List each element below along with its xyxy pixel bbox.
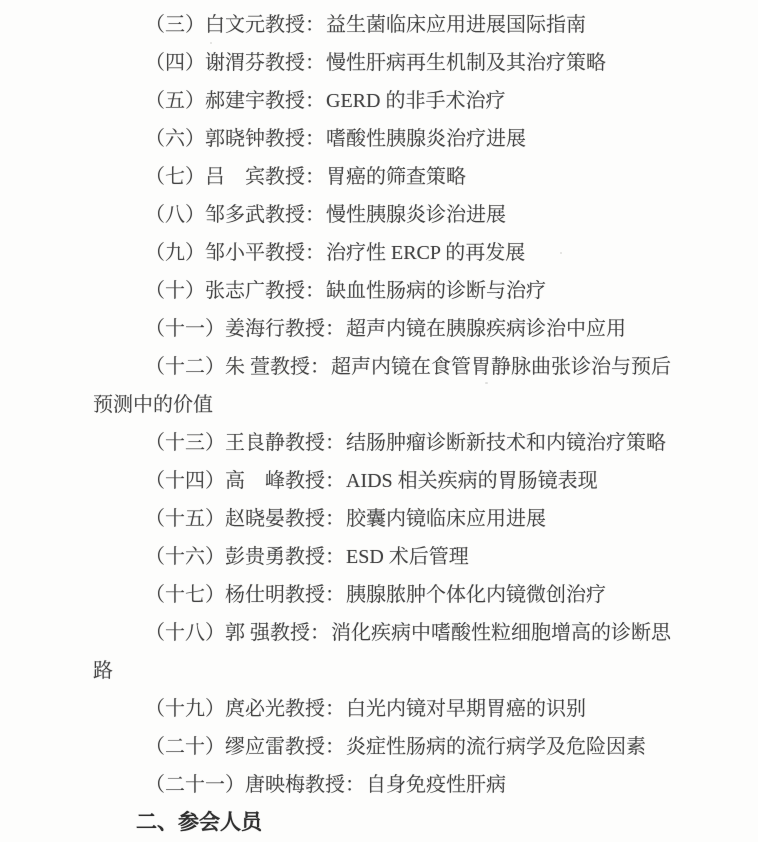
item-label: （七）吕 宾教授：	[145, 166, 325, 188]
item-label: （八）邹多武教授：	[145, 204, 325, 226]
agenda-item: （十七）杨仕明教授：胰腺脓肿个体化内镜微创治疗	[93, 576, 700, 614]
item-topic: GERD 的非手术治疗	[326, 90, 505, 112]
scan-speck	[485, 382, 488, 384]
agenda-item: （十一）姜海行教授：超声内镜在胰腺疾病诊治中应用	[93, 310, 700, 348]
agenda-item: （二十）缪应雷教授：炎症性肠病的流行病学及危险因素	[93, 728, 700, 766]
item-topic: 自身免疫性肝病	[366, 774, 506, 796]
item-topic: 消化疾病中嗜酸性粒细胞增高的诊断思	[331, 622, 671, 644]
agenda-item: （十二）朱 萱教授：超声内镜在食管胃静脉曲张诊治与预后	[93, 348, 700, 386]
item-topic: 胰腺脓肿个体化内镜微创治疗	[346, 584, 606, 606]
item-label: （四）谢渭芬教授：	[145, 52, 325, 74]
item-topic: 胶囊内镜临床应用进展	[346, 508, 546, 530]
item-topic: 炎症性肠病的流行病学及危险因素	[346, 736, 646, 758]
agenda-item: （八）邹多武教授：慢性胰腺炎诊治进展	[93, 196, 700, 234]
item-topic: 胃癌的筛查策略	[326, 166, 466, 188]
item-label: （十六）彭贵勇教授：	[145, 546, 345, 568]
item-topic: 嗜酸性胰腺炎治疗进展	[326, 128, 526, 150]
item-label: （十九）庹必光教授：	[145, 698, 345, 720]
scan-speck	[560, 252, 562, 254]
section-heading: 二、参会人员	[93, 804, 700, 842]
agenda-item-wrap-line: 路	[93, 652, 700, 690]
scan-speck	[388, 735, 390, 737]
item-topic-continuation: 预测中的价值	[93, 394, 213, 416]
item-label: （十一）姜海行教授：	[145, 318, 345, 340]
item-topic: 慢性胰腺炎诊治进展	[326, 204, 506, 226]
agenda-item: （十九）庹必光教授：白光内镜对早期胃癌的识别	[93, 690, 700, 728]
agenda-item: （十六）彭贵勇教授：ESD 术后管理	[93, 538, 700, 576]
document-page: （三）白文元教授：益生菌临床应用进展国际指南 （四）谢渭芬教授：慢性肝病再生机制…	[0, 0, 758, 842]
item-topic: AIDS 相关疾病的胃肠镜表现	[346, 470, 598, 492]
item-topic: 超声内镜在胰腺疾病诊治中应用	[346, 318, 626, 340]
agenda-item: （十八）郭 强教授：消化疾病中嗜酸性粒细胞增高的诊断思	[93, 614, 700, 652]
agenda-item: （三）白文元教授：益生菌临床应用进展国际指南	[93, 6, 700, 44]
agenda-item: （六）郭晓钟教授：嗜酸性胰腺炎治疗进展	[93, 120, 700, 158]
agenda-item: （十）张志广教授：缺血性肠病的诊断与治疗	[93, 272, 700, 310]
item-label: （九）邹小平教授：	[145, 242, 325, 264]
item-topic: 结肠肿瘤诊断新技术和内镜治疗策略	[346, 432, 666, 454]
item-topic: ESD 术后管理	[346, 546, 469, 568]
agenda-item: （五）郝建宇教授：GERD 的非手术治疗	[93, 82, 700, 120]
agenda-item: （四）谢渭芬教授：慢性肝病再生机制及其治疗策略	[93, 44, 700, 82]
agenda-item: （十三）王良静教授：结肠肿瘤诊断新技术和内镜治疗策略	[93, 424, 700, 462]
agenda-item: （十四）高 峰教授：AIDS 相关疾病的胃肠镜表现	[93, 462, 700, 500]
item-label: （二十）缪应雷教授：	[145, 736, 345, 758]
item-label: （十七）杨仕明教授：	[145, 584, 345, 606]
agenda-item-wrap-line: 预测中的价值	[93, 386, 700, 424]
item-label: （十四）高 峰教授：	[145, 470, 345, 492]
item-topic: 慢性肝病再生机制及其治疗策略	[326, 52, 606, 74]
item-topic: 超声内镜在食管胃静脉曲张诊治与预后	[331, 356, 671, 378]
item-label: （十八）郭 强教授：	[145, 622, 330, 644]
item-label: （十三）王良静教授：	[145, 432, 345, 454]
item-topic-continuation: 路	[93, 660, 113, 682]
agenda-item: （九）邹小平教授：治疗性 ERCP 的再发展	[93, 234, 700, 272]
item-label: （六）郭晓钟教授：	[145, 128, 325, 150]
agenda-item: （十五）赵晓晏教授：胶囊内镜临床应用进展	[93, 500, 700, 538]
agenda-item: （七）吕 宾教授：胃癌的筛查策略	[93, 158, 700, 196]
item-label: （五）郝建宇教授：	[145, 90, 325, 112]
item-label: （三）白文元教授：	[145, 14, 325, 36]
item-topic: 白光内镜对早期胃癌的识别	[346, 698, 586, 720]
item-topic: 益生菌临床应用进展国际指南	[326, 14, 586, 36]
section-heading-text: 二、参会人员	[136, 811, 262, 834]
item-label: （十）张志广教授：	[145, 280, 325, 302]
agenda-item: （二十一）唐映梅教授：自身免疫性肝病	[93, 766, 700, 804]
item-label: （十五）赵晓晏教授：	[145, 508, 345, 530]
item-topic: 治疗性 ERCP 的再发展	[326, 242, 525, 264]
item-label: （二十一）唐映梅教授：	[145, 774, 365, 796]
item-topic: 缺血性肠病的诊断与治疗	[326, 280, 546, 302]
scan-speck	[210, 42, 212, 44]
item-label: （十二）朱 萱教授：	[145, 356, 330, 378]
